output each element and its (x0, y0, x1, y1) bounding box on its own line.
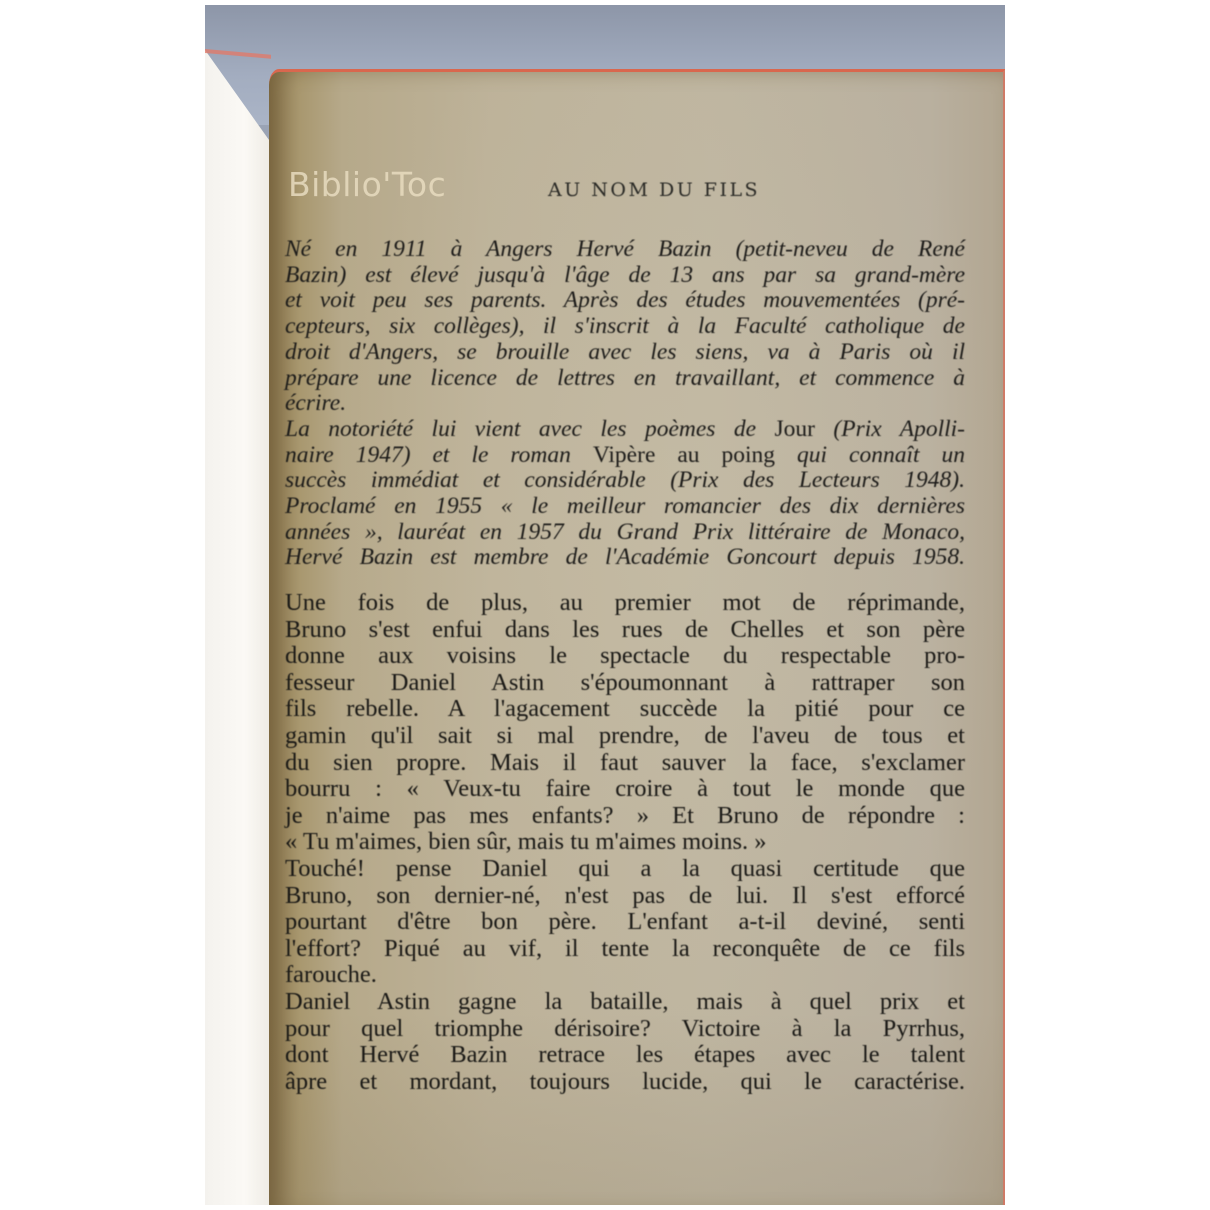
bio-text: (Prix Apolli- (815, 416, 965, 442)
bio-line: prépare une licence de lettres en travai… (285, 366, 965, 392)
synopsis-line: gamin qu'il sait si mal prendre, de l'av… (285, 723, 965, 750)
synopsis-line: fils rebelle. A l'agacement succède la p… (285, 696, 965, 723)
page-title: AU NOM DU FILS (548, 179, 760, 201)
bio-line: cepteurs, six collèges), il s'inscrit à … (285, 314, 965, 340)
bio-line: La notoriété lui vient avec les poèmes d… (285, 417, 965, 443)
bio-text: La notoriété lui vient avec les poèmes d… (285, 416, 774, 442)
book-title-jour: Jour (774, 416, 814, 442)
synopsis-line: pour quel triomphe dérisoire? Victoire à… (285, 1016, 965, 1043)
bio-line: années », lauréat en 1957 du Grand Prix … (285, 520, 965, 546)
synopsis-line: du sien propre. Mais il faut sauver la f… (285, 750, 965, 777)
bio-line: Bazin) est élevé jusqu'à l'âge de 13 ans… (285, 263, 965, 289)
bio-line: Proclamé en 1955 « le meilleur romancier… (285, 494, 965, 520)
watermark-logo: Biblio'Toc (288, 165, 446, 204)
book-title-vipere: Vipère au poing (593, 442, 775, 468)
synopsis-line: âpre et mordant, toujours lucide, qui le… (285, 1069, 965, 1096)
bio-text: qui connaît un (775, 442, 965, 468)
synopsis-line: pourtant d'être bon père. L'enfant a-t-i… (285, 909, 965, 936)
synopsis-line: fesseur Daniel Astin s'époumonnant à rat… (285, 670, 965, 697)
bio-line: droit d'Angers, se brouille avec les sie… (285, 340, 965, 366)
book-synopsis: Une fois de plus, au premier mot de répr… (285, 590, 965, 1095)
synopsis-line: Touché! pense Daniel qui a la quasi cert… (285, 856, 965, 883)
synopsis-line: Bruno s'est enfui dans les rues de Chell… (285, 617, 965, 644)
left-page-edge (205, 50, 271, 1205)
synopsis-line: « Tu m'aimes, bien sûr, mais tu m'aimes … (285, 829, 965, 856)
book-photo: Biblio'Toc AU NOM DU FILS Né en 1911 à A… (205, 5, 1005, 1205)
synopsis-line: dont Hervé Bazin retrace les étapes avec… (285, 1042, 965, 1069)
synopsis-line: farouche. (285, 962, 965, 989)
synopsis-line: Une fois de plus, au premier mot de répr… (285, 590, 965, 617)
bio-line: écrire. (285, 391, 965, 417)
bio-line: et voit peu ses parents. Après des étude… (285, 288, 965, 314)
synopsis-line: l'effort? Piqué au vif, il tente la reco… (285, 936, 965, 963)
bio-line: succès immédiat et considérable (Prix de… (285, 468, 965, 494)
synopsis-line: donne aux voisins le spectacle du respec… (285, 643, 965, 670)
bio-line: Né en 1911 à Angers Hervé Bazin (petit-n… (285, 237, 965, 263)
bio-line: naire 1947) et le roman Vipère au poing … (285, 443, 965, 469)
bio-text: naire 1947) et le roman (285, 442, 593, 468)
synopsis-line: bourru : « Veux-tu faire croire à tout l… (285, 776, 965, 803)
author-biography: Né en 1911 à Angers Hervé Bazin (petit-n… (285, 237, 965, 571)
synopsis-line: je n'aime pas mes enfants? » Et Bruno de… (285, 803, 965, 830)
synopsis-line: Daniel Astin gagne la bataille, mais à q… (285, 989, 965, 1016)
bio-line: Hervé Bazin est membre de l'Académie Gon… (285, 545, 965, 571)
synopsis-line: Bruno, son dernier-né, n'est pas de lui.… (285, 883, 965, 910)
